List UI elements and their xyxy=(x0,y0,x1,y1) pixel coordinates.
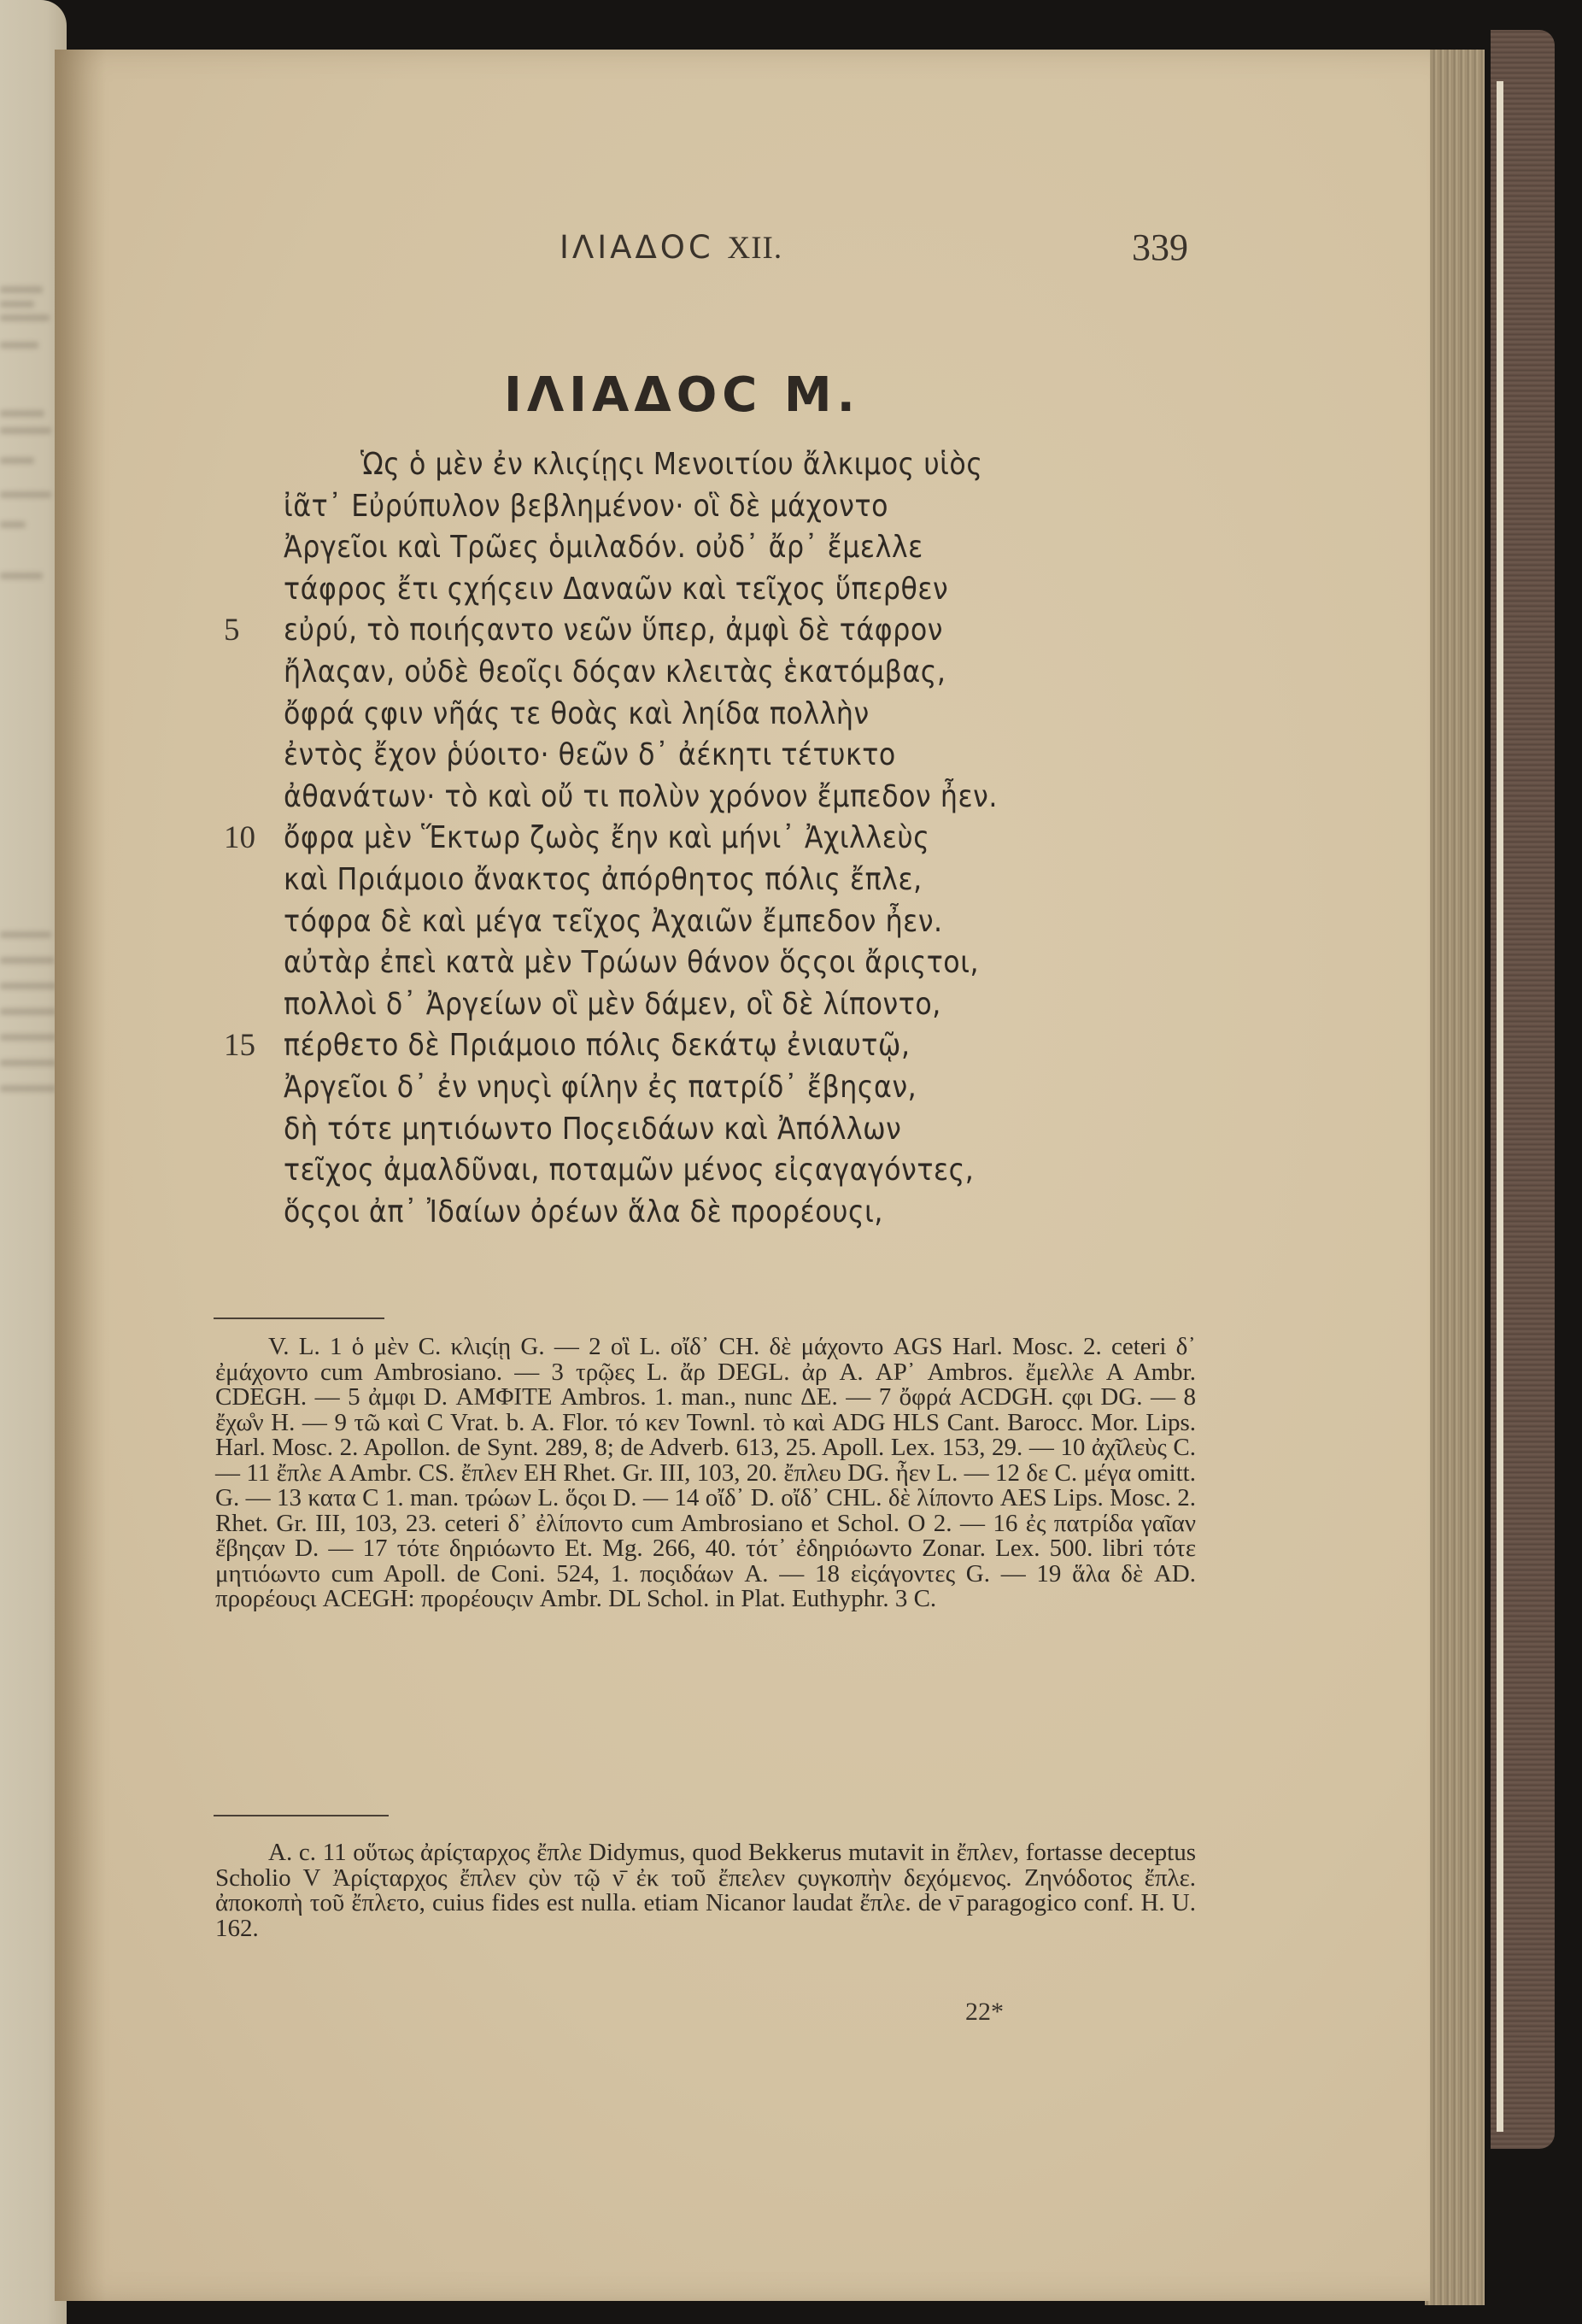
line-number: 15 xyxy=(224,1025,267,1067)
verse-line: τεῖχος ἀμαλδῦναι, ποταμῶν μένος εἰςαγαγό… xyxy=(224,1150,1249,1192)
verse-line: 15πέρθετο δὲ Πριάμοιο πόλις δεκάτῳ ἐνιαυ… xyxy=(224,1025,1249,1067)
apparatus-aristonicus-text: A. c. 11 οὕτως ἀρίςταρχος ἔπλε Didymus, … xyxy=(215,1840,1196,1941)
verse-line: ὄφρά ςφιν νῆάς τε θοὰς καὶ ληίδα πολλὴν xyxy=(224,694,1249,736)
gutter-shadow xyxy=(55,50,106,2301)
verse-line-text: ὄφρά ςφιν νῆάς τε θοὰς καὶ ληίδα πολλὴν xyxy=(284,694,870,736)
running-head-title: ΙΛΙΑΔΟϹ xyxy=(560,229,714,266)
verse-line: Ὡς ὁ μὲν ἐν κλιςίῃςι Μενοιτίου ἄλκιμος υ… xyxy=(224,444,1249,486)
apparatus-separator-rule xyxy=(214,1318,384,1319)
verse-line-text: δὴ τότε μητιόωντο Ποςειδάων καὶ Ἀπόλλων xyxy=(284,1109,901,1151)
verse-line: ἤλαςαν, οὐδὲ θεοῖςι δόςαν κλειτὰς ἑκατόμ… xyxy=(224,652,1249,694)
verse-line: αὐτὰρ ἐπεὶ κατὰ μὲν Τρώων θάνον ὅςςοι ἄρ… xyxy=(224,942,1249,984)
verse-line-text: τάφρος ἔτι ςχήςειν Δαναῶν καὶ τεῖχος ὕπε… xyxy=(284,569,948,611)
book-title: ΙΛΙΑΔΟϹ Μ. xyxy=(504,367,860,423)
line-number: 5 xyxy=(224,610,267,652)
running-head-book: XII. xyxy=(727,231,782,266)
verse-line: 10ὄφρα μὲν Ἕκτωρ ζωὸς ἔην καὶ μήνι᾽ Ἀχιλ… xyxy=(224,818,1249,860)
verse-line: πολλοὶ δ᾽ Ἀργείων οἳ μὲν δάμεν, οἳ δὲ λί… xyxy=(224,984,1249,1026)
verse-line: δὴ τότε μητιόωντο Ποςειδάων καὶ Ἀπόλλων xyxy=(224,1109,1249,1151)
verse-line-text: τεῖχος ἀμαλδῦναι, ποταμῶν μένος εἰςαγαγό… xyxy=(284,1150,974,1192)
running-head: ΙΛΙΑΔΟϹ XII. xyxy=(560,229,782,267)
cover-endpaper-edge xyxy=(1497,81,1503,2132)
verse-line: 5εὐρύ, τὸ ποιήςαντο νεῶν ὕπερ, ἀμφὶ δὲ τ… xyxy=(224,610,1249,652)
verse-text: Ὡς ὁ μὲν ἐν κλιςίῃςι Μενοιτίου ἄλκιμος υ… xyxy=(224,444,1249,1233)
verse-line-text: Ἀργεῖοι δ᾽ ἐν νηυςὶ φίλην ἐς πατρίδ᾽ ἔβη… xyxy=(284,1067,917,1109)
verse-line: ἀθανάτων· τὸ καὶ οὔ τι πολὺν χρόνον ἔμπε… xyxy=(224,777,1249,819)
verse-line-text: Ὡς ὁ μὲν ἐν κλιςίῃςι Μενοιτίου ἄλκιμος υ… xyxy=(360,444,982,486)
signature-mark: 22* xyxy=(965,1998,1004,2027)
verse-line-text: ἰᾶτ᾽ Εὐρύπυλον βεβλημένον· οἳ δὲ μάχοντο xyxy=(284,486,888,528)
apparatus-separator-rule xyxy=(214,1815,389,1816)
verse-line: ἰᾶτ᾽ Εὐρύπυλον βεβλημένον· οἳ δὲ μάχοντο xyxy=(224,486,1249,528)
line-number: 10 xyxy=(224,818,267,860)
page-number: 339 xyxy=(1132,226,1188,269)
verse-line-text: αὐτὰρ ἐπεὶ κατὰ μὲν Τρώων θάνον ὅςςοι ἄρ… xyxy=(284,942,979,984)
verse-line-text: ἤλαςαν, οὐδὲ θεοῖςι δόςαν κλειτὰς ἑκατόμ… xyxy=(284,652,946,694)
verse-line-text: πέρθετο δὲ Πριάμοιο πόλις δεκάτῳ ἐνιαυτῷ… xyxy=(284,1025,911,1067)
verse-line-text: ὄφρα μὲν Ἕκτωρ ζωὸς ἔην καὶ μήνι᾽ Ἀχιλλε… xyxy=(284,818,929,860)
verse-line-text: ὅςςοι ἀπ᾽ Ἰδαίων ὀρέων ἅλα δὲ προρέουςι, xyxy=(284,1192,883,1234)
apparatus-variae-lectiones-text: V. L. 1 ὁ μὲν C. κλιςίῃ G. — 2 οἳ L. οἴδ… xyxy=(215,1335,1196,1612)
verse-line-text: πολλοὶ δ᾽ Ἀργείων οἳ μὲν δάμεν, οἳ δὲ λί… xyxy=(284,984,941,1026)
verse-line-text: ἀθανάτων· τὸ καὶ οὔ τι πολὺν χρόνον ἔμπε… xyxy=(284,777,998,819)
apparatus-aristonicus: A. c. 11 οὕτως ἀρίςταρχος ἔπλε Didymus, … xyxy=(215,1840,1196,1941)
verse-line: τάφρος ἔτι ςχήςειν Δαναῶν καὶ τεῖχος ὕπε… xyxy=(224,569,1249,611)
apparatus-variae-lectiones: V. L. 1 ὁ μὲν C. κλιςίῃ G. — 2 οἳ L. οἴδ… xyxy=(215,1335,1196,1612)
verse-line: ὅςςοι ἀπ᾽ Ἰδαίων ὀρέων ἅλα δὲ προρέουςι, xyxy=(224,1192,1249,1234)
verse-line-text: καὶ Πριάμοιο ἄνακτος ἀπόρθητος πόλις ἔπλ… xyxy=(284,860,923,901)
verse-line: Ἀργεῖοι καὶ Τρῶες ὁμιλαδόν. οὐδ᾽ ἄρ᾽ ἔμε… xyxy=(224,527,1249,569)
verse-line-text: τόφρα δὲ καὶ μέγα τεῖχος Ἀχαιῶν ἔμπεδον … xyxy=(284,901,943,943)
verse-line-text: Ἀργεῖοι καὶ Τρῶες ὁμιλαδόν. οὐδ᾽ ἄρ᾽ ἔμε… xyxy=(284,527,923,569)
verse-line: Ἀργεῖοι δ᾽ ἐν νηυςὶ φίλην ἐς πατρίδ᾽ ἔβη… xyxy=(224,1067,1249,1109)
page-fore-edge xyxy=(1425,50,1485,2305)
verse-line: τόφρα δὲ καὶ μέγα τεῖχος Ἀχαιῶν ἔμπεδον … xyxy=(224,901,1249,943)
verse-line-text: εὐρύ, τὸ ποιήςαντο νεῶν ὕπερ, ἀμφὶ δὲ τά… xyxy=(284,610,943,652)
verse-line: ἐντὸς ἔχον ῥύοιτο· θεῶν δ᾽ ἀέκητι τέτυκτ… xyxy=(224,735,1249,777)
verse-line-text: ἐντὸς ἔχον ῥύοιτο· θεῶν δ᾽ ἀέκητι τέτυκτ… xyxy=(284,735,896,777)
verse-line: καὶ Πριάμοιο ἄνακτος ἀπόρθητος πόλις ἔπλ… xyxy=(224,860,1249,901)
